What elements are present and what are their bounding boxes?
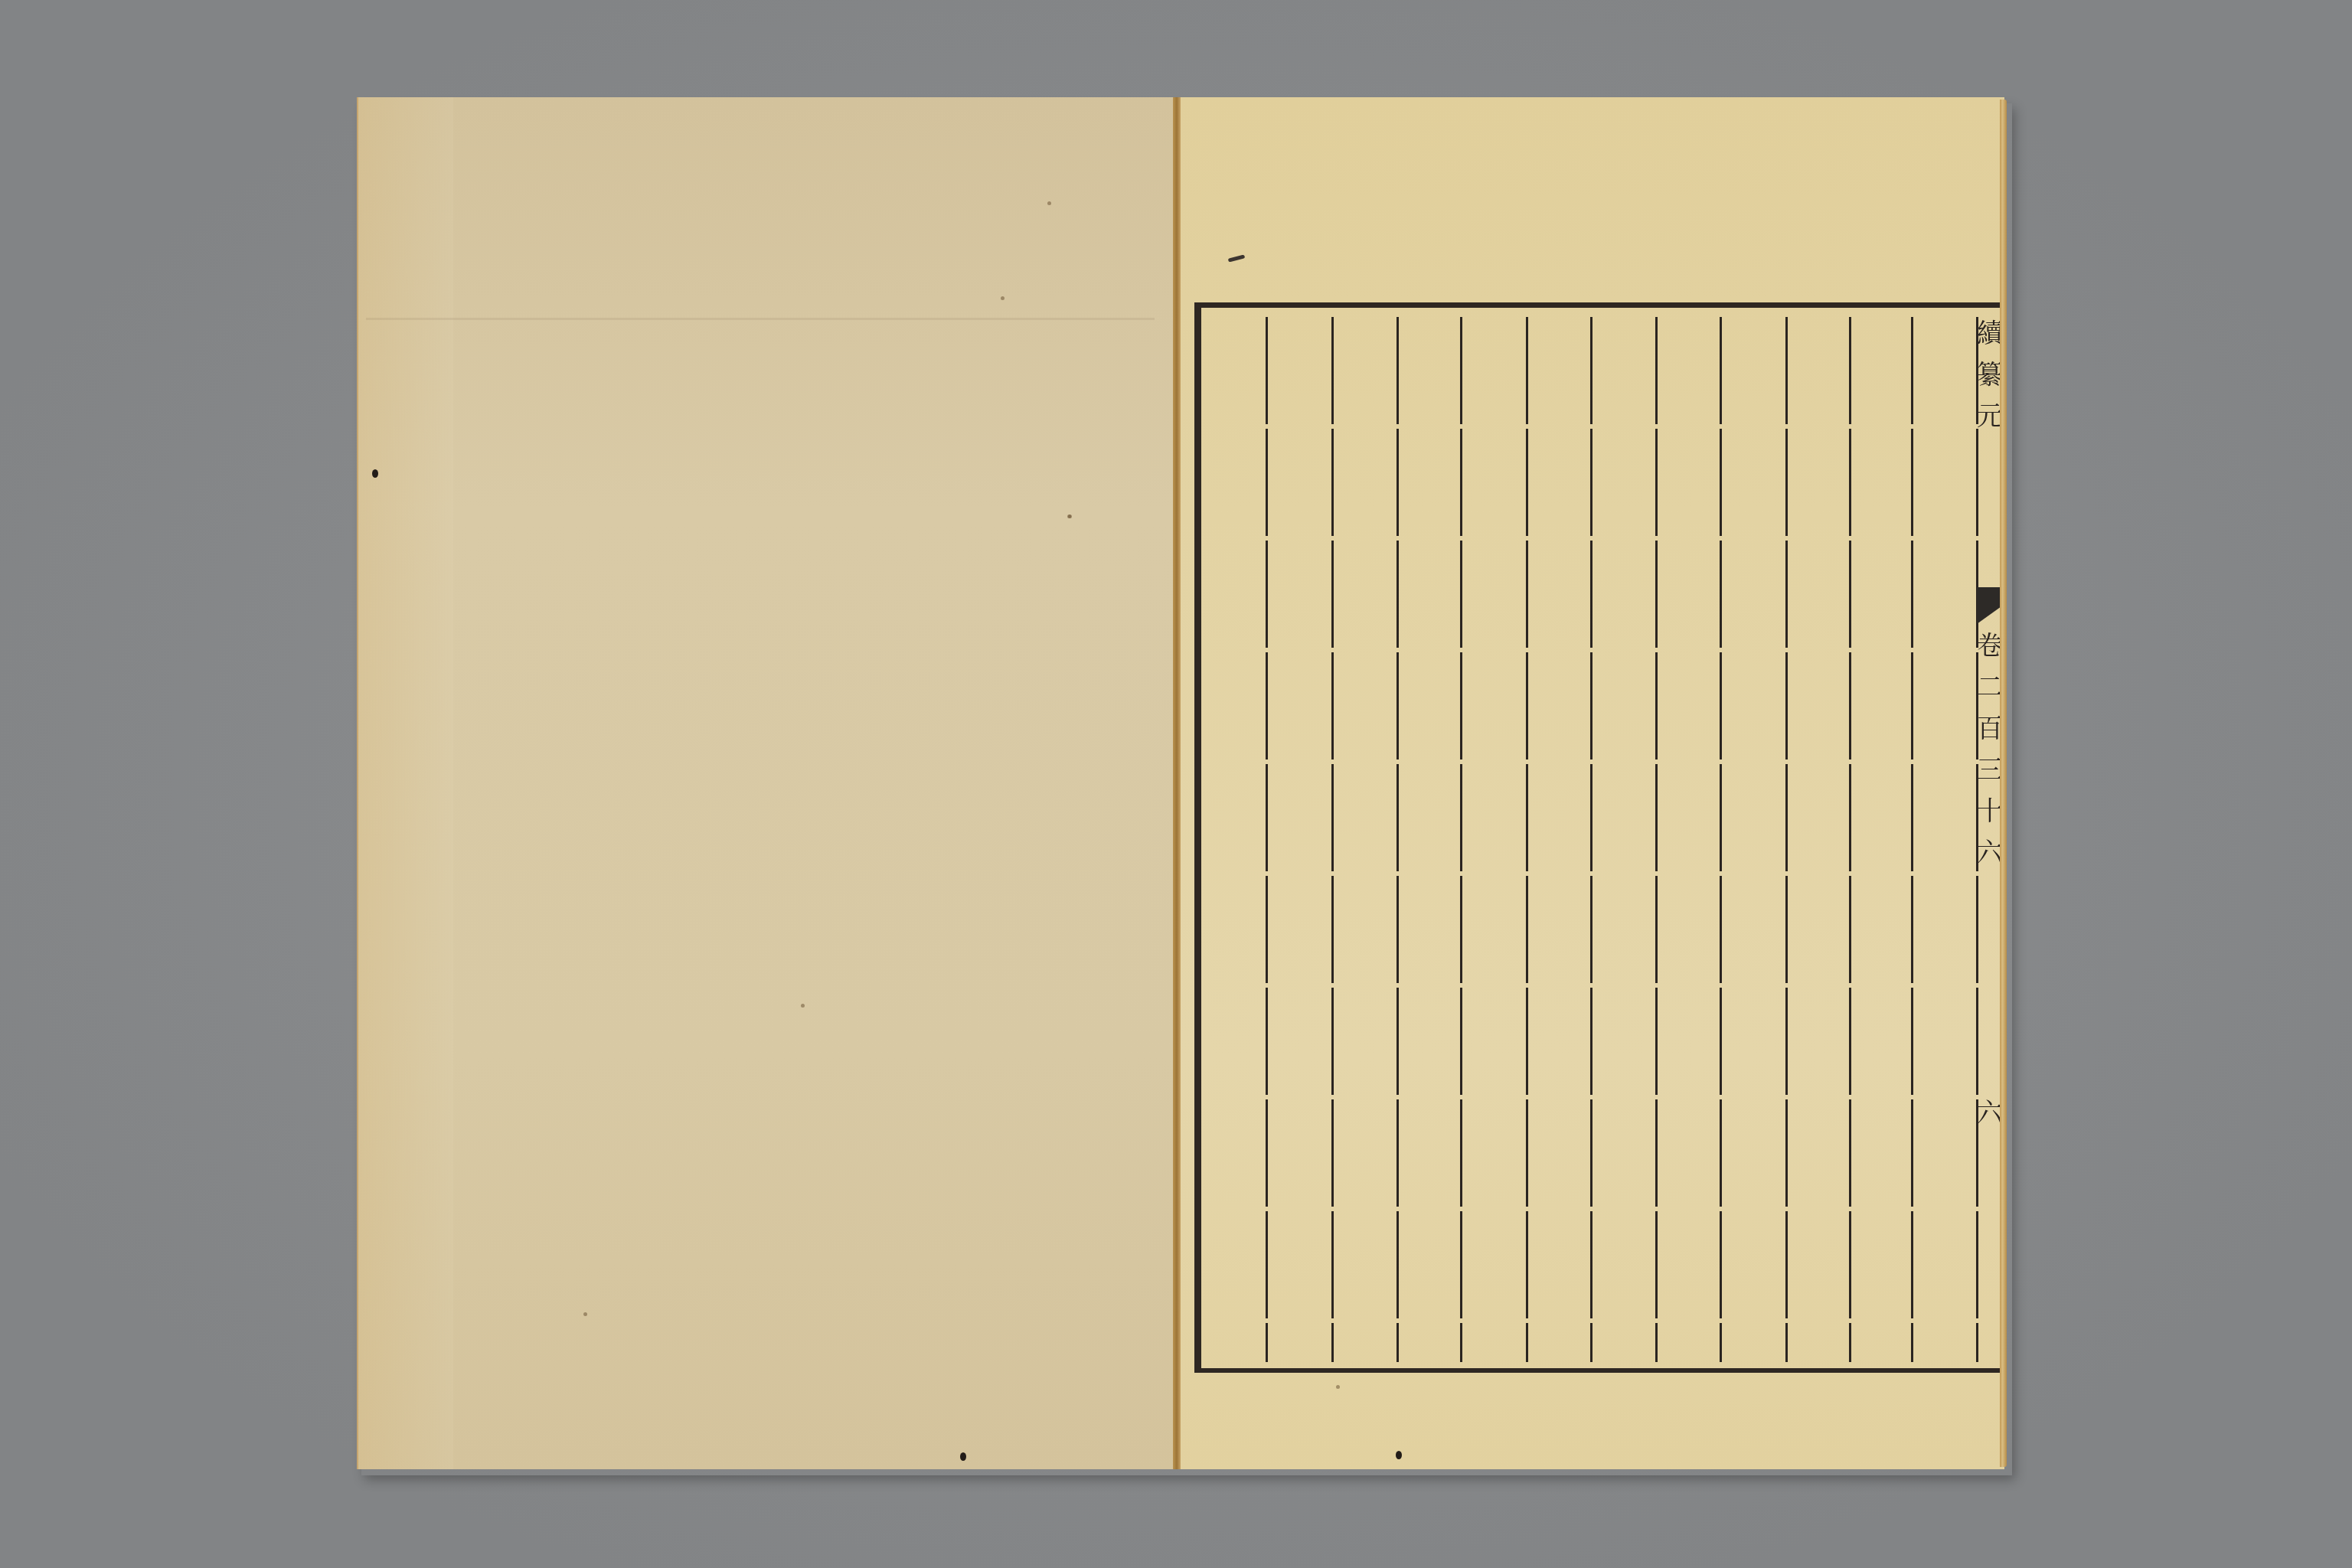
left-page: [357, 97, 1178, 1469]
right-page: 續纂元 卷二百三十六 六: [1181, 97, 2004, 1469]
column-rule: [1266, 317, 1268, 1362]
column-rule: [1526, 317, 1528, 1362]
column-rule: [1460, 317, 1462, 1362]
binding-hole: [372, 469, 378, 478]
column-rule: [1590, 317, 1592, 1362]
ruled-frame: [1194, 302, 2000, 1373]
paper-speck: [583, 1312, 587, 1316]
column-rule: [1396, 317, 1399, 1362]
banxin-page-number: 六: [1977, 1093, 2003, 1135]
page-stack-edge: [2000, 100, 2007, 1467]
column-rule: [1331, 317, 1334, 1362]
banxin-volume: 卷二百三十六: [1977, 626, 2003, 871]
column-rule: [1720, 317, 1722, 1362]
paper-speck: [801, 1004, 805, 1008]
book-spine-gutter: [1173, 97, 1181, 1469]
column-rule: [1911, 317, 1913, 1362]
column-rule: [1655, 317, 1658, 1362]
banxin-title: 續纂元: [1977, 313, 2003, 443]
left-page-margin-strip: [358, 97, 453, 1469]
ink-smudge: [1228, 254, 1246, 262]
show-through-line: [366, 318, 1155, 320]
paper-speck: [1001, 296, 1004, 300]
column-rule: [1785, 317, 1788, 1362]
binding-hole: [1396, 1451, 1402, 1459]
paper-speck: [1047, 201, 1051, 205]
paper-speck: [1067, 514, 1071, 518]
binding-hole: [960, 1452, 966, 1461]
column-rule: [1849, 317, 1851, 1362]
paper-speck: [1336, 1385, 1340, 1389]
